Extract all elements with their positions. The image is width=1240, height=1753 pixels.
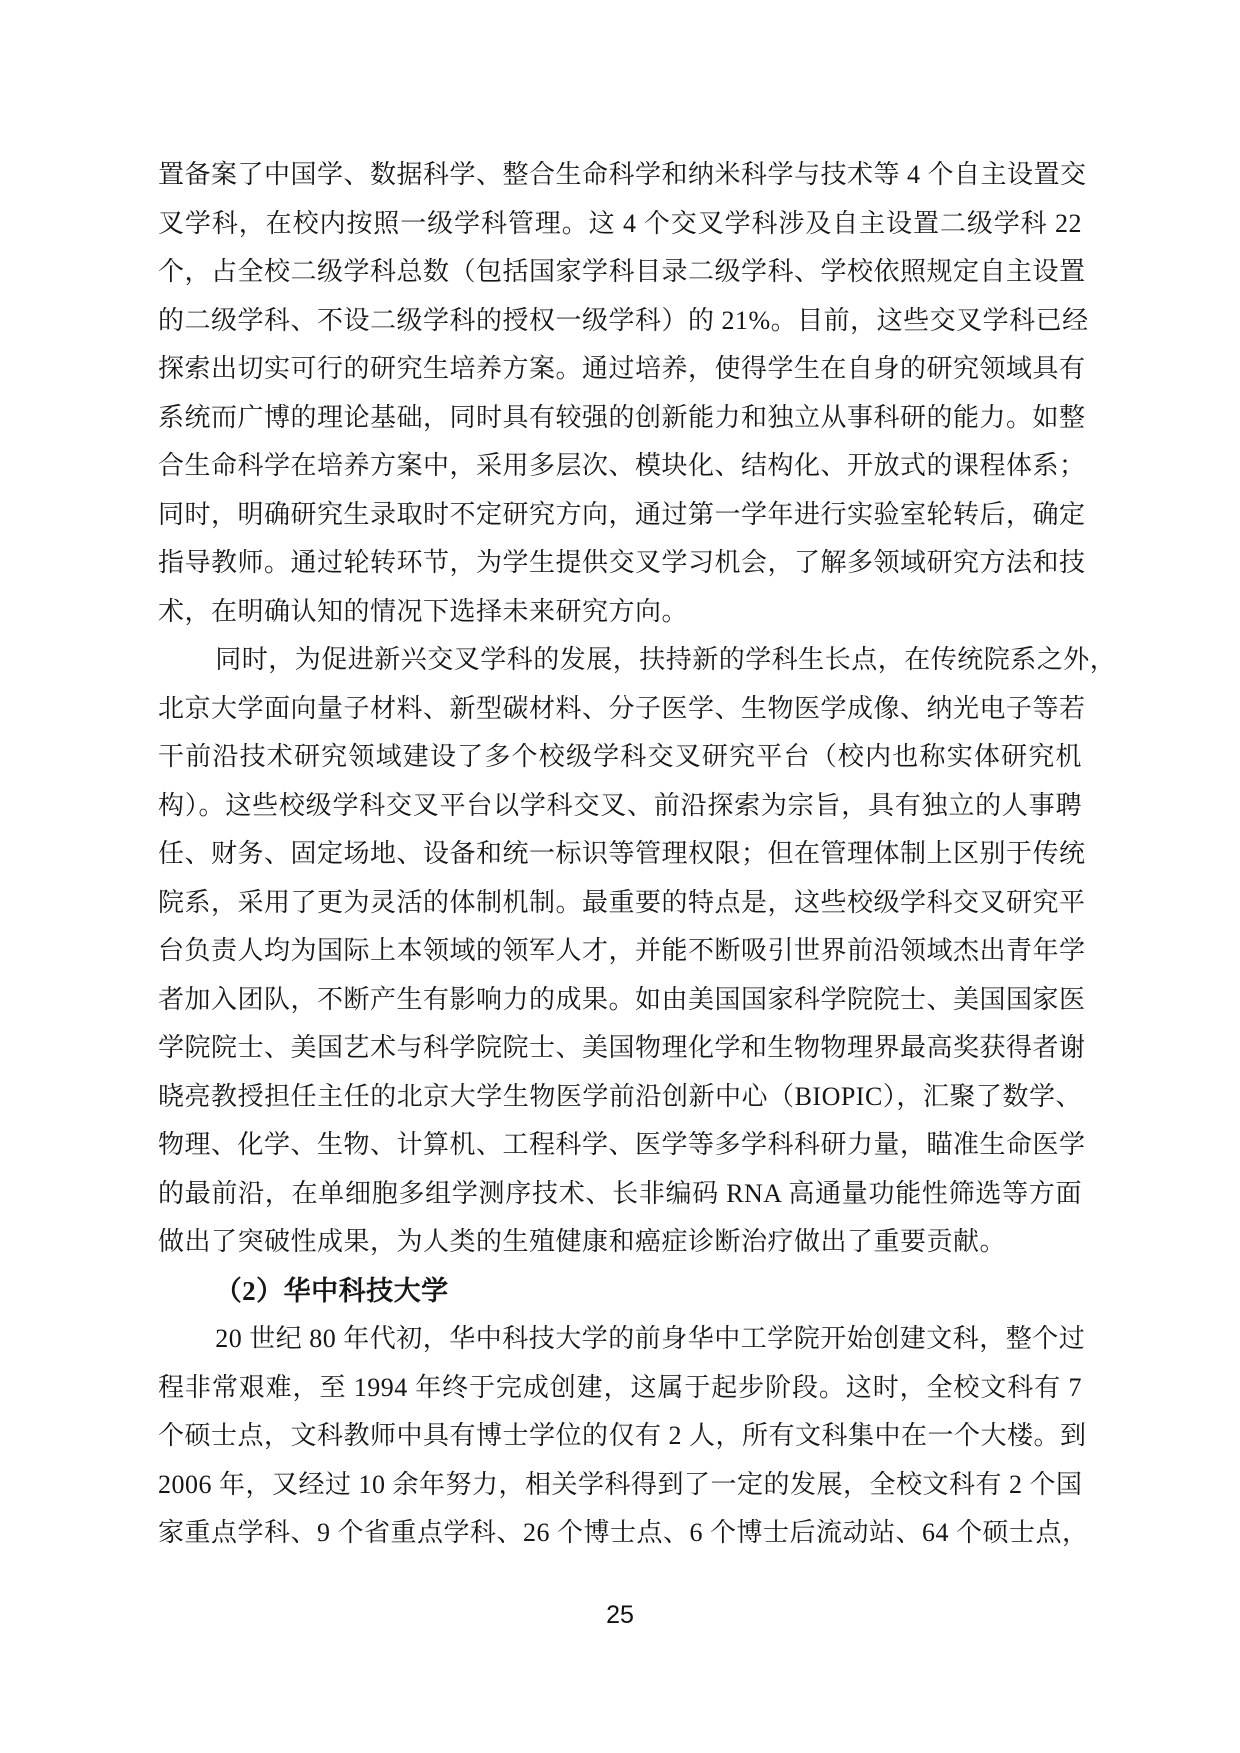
text-line: 物理、化学、生物、计算机、工程科学、医学等多学科科研力量，瞄准生命医学 bbox=[158, 1121, 1082, 1170]
text-line: 北京大学面向量子材料、新型碳材料、分子医学、生物医学成像、纳光电子等若 bbox=[158, 685, 1082, 734]
text-line: 的最前沿，在单细胞多组学测序技术、长非编码 RNA 高通量功能性筛选等方面 bbox=[158, 1170, 1082, 1219]
text-line: 2006 年，又经过 10 余年努力，相关学科得到了一定的发展，全校文科有 2 … bbox=[158, 1461, 1082, 1510]
text-line: 的二级学科、不设二级学科的授权一级学科）的 21%。目前，这些交叉学科已经 bbox=[158, 297, 1082, 346]
text-line: 系统而广博的理论基础，同时具有较强的创新能力和独立从事科研的能力。如整 bbox=[158, 394, 1082, 443]
text-line: 家重点学科、9 个省重点学科、26 个博士点、6 个博士后流动站、64 个硕士点… bbox=[158, 1509, 1082, 1558]
text-line: 构）。这些校级学科交叉平台以学科交叉、前沿探索为宗旨，具有独立的人事聘 bbox=[158, 782, 1082, 831]
text-line: 程非常艰难，至 1994 年终于完成创建，这属于起步阶段。这时，全校文科有 7 bbox=[158, 1364, 1082, 1413]
page-number: 25 bbox=[0, 1597, 1240, 1633]
section-heading: （2）华中科技大学 bbox=[158, 1267, 1082, 1316]
text-line: 个硕士点，文科教师中具有博士学位的仅有 2 人，所有文科集中在一个大楼。到 bbox=[158, 1412, 1082, 1461]
text-line: 个，占全校二级学科总数（包括国家学科目录二级学科、学校依照规定自主设置 bbox=[158, 248, 1082, 297]
text-line: 指导教师。通过轮转环节，为学生提供交叉学习机会，了解多领域研究方法和技 bbox=[158, 539, 1082, 588]
text-line: 置备案了中国学、数据科学、整合生命科学和纳米科学与技术等 4 个自主设置交 bbox=[158, 151, 1082, 200]
document-page: 置备案了中国学、数据科学、整合生命科学和纳米科学与技术等 4 个自主设置交叉学科… bbox=[0, 0, 1240, 1753]
text-line: 干前沿技术研究领域建设了多个校级学科交叉研究平台（校内也称实体研究机 bbox=[158, 733, 1082, 782]
text-line: 探索出切实可行的研究生培养方案。通过培养，使得学生在自身的研究领域具有 bbox=[158, 345, 1082, 394]
text-line: 叉学科，在校内按照一级学科管理。这 4 个交叉学科涉及自主设置二级学科 22 bbox=[158, 200, 1082, 249]
text-line: 做出了突破性成果，为人类的生殖健康和癌症诊断治疗做出了重要贡献。 bbox=[158, 1218, 1082, 1267]
text-line: 台负责人均为国际上本领域的领军人才，并能不断吸引世界前沿领域杰出青年学 bbox=[158, 927, 1082, 976]
document-body: 置备案了中国学、数据科学、整合生命科学和纳米科学与技术等 4 个自主设置交叉学科… bbox=[158, 151, 1082, 1558]
text-line: 任、财务、固定场地、设备和统一标识等管理权限；但在管理体制上区别于传统 bbox=[158, 830, 1082, 879]
text-line: 同时，明确研究生录取时不定研究方向，通过第一学年进行实验室轮转后，确定 bbox=[158, 491, 1082, 540]
text-line: 合生命科学在培养方案中，采用多层次、模块化、结构化、开放式的课程体系； bbox=[158, 442, 1082, 491]
text-line: 20 世纪 80 年代初，华中科技大学的前身华中工学院开始创建文科，整个过 bbox=[158, 1315, 1082, 1364]
text-line: 晓亮教授担任主任的北京大学生物医学前沿创新中心（BIOPIC），汇聚了数学、 bbox=[158, 1073, 1082, 1122]
text-line: 院系，采用了更为灵活的体制机制。最重要的特点是，这些校级学科交叉研究平 bbox=[158, 879, 1082, 928]
text-line: 者加入团队，不断产生有影响力的成果。如由美国国家科学院院士、美国国家医 bbox=[158, 976, 1082, 1025]
text-line: 学院院士、美国艺术与科学院院士、美国物理化学和生物物理界最高奖获得者谢 bbox=[158, 1024, 1082, 1073]
text-line: 术，在明确认知的情况下选择未来研究方向。 bbox=[158, 588, 1082, 637]
text-line: 同时，为促进新兴交叉学科的发展，扶持新的学科生长点，在传统院系之外， bbox=[158, 636, 1082, 685]
